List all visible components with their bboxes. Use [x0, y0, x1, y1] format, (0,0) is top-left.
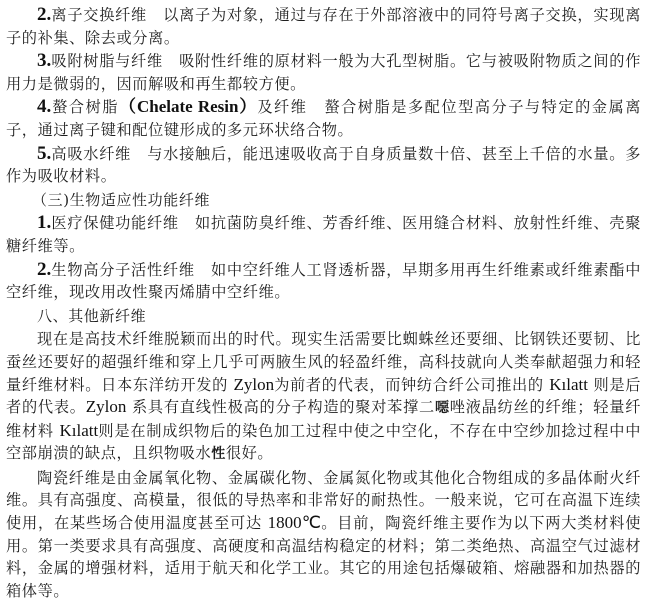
- item-number: 4.: [37, 96, 51, 117]
- item-term-suffix: 及纤维: [257, 98, 307, 116]
- item-term: 高吸水纤维: [51, 145, 131, 163]
- text-run: 为前者的代表，而钟纺合纤公司推出的: [274, 376, 549, 394]
- section-heading-bio-adaptive: （三)生物适应性功能纤维: [6, 189, 641, 212]
- text-run: 则是在制成织物后的染色加工过程中使之中空化，不存在中空纱加捻过程中中空部崩溃的缺…: [6, 422, 641, 463]
- term-zylon: Zylon: [234, 375, 275, 394]
- item-ion-exchange-fiber: 2.离子交换纤维以离子为对象，通过与存在于外部溶液中的同符号离子交换，实现离子的…: [6, 4, 641, 49]
- item-chelate-resin: 4.螯合树脂（Chelate Resin）及纤维螯合树脂是多配位型高分子与特定的…: [6, 96, 641, 141]
- term-kilatt: Kılatt: [549, 375, 588, 394]
- item-number: 5.: [37, 143, 51, 164]
- temperature-value: 1800℃: [268, 513, 322, 532]
- text-run: 系具有直线性极高的分子构造的聚对苯撑二: [126, 398, 435, 416]
- text-run: 很好。: [226, 444, 273, 462]
- item-adsorption-resin: 3.吸附树脂与纤维吸附性纤维的原材料一般为大孔型树脂。它与被吸附物质之间的作用力…: [6, 50, 641, 95]
- section-heading-other-fibers: 八、其他新纤维: [6, 305, 641, 328]
- document-page: 2.离子交换纤维以离子为对象，通过与存在于外部溶液中的同符号离子交换，实现离子的…: [0, 0, 647, 602]
- item-term: 吸附树脂与纤维: [51, 52, 163, 70]
- garbled-glyph: 性: [211, 446, 226, 462]
- item-number: 3.: [37, 50, 51, 71]
- item-term: 螯合树脂: [51, 98, 119, 116]
- item-super-absorbent-fiber: 5.高吸水纤维与水接触后，能迅速吸收高于自身质量数十倍、甚至上千倍的水量。多作为…: [6, 143, 641, 188]
- paragraph-ceramic-fibers: 陶瓷纤维是由金属氧化物、金属碳化物、金属氮化物或其他化合物组成的多晶体耐火纤维。…: [6, 467, 641, 603]
- paragraph-high-tech-fibers: 现在是高技术纤维脱颖而出的时代。现实生活需要比蜘蛛丝还要细、比钢铁还要韧、比蚕丝…: [6, 328, 641, 466]
- item-number: 2.: [37, 4, 51, 25]
- item-term: 医疗保健功能纤维: [51, 214, 179, 232]
- item-medical-fiber: 1.医疗保健功能纤维如抗菌防臭纤维、芳香纤维、医用缝合材料、放射性纤维、壳聚糖纤…: [6, 212, 641, 257]
- item-number: 1.: [37, 212, 51, 233]
- garbled-glyph: 噁: [435, 400, 450, 416]
- item-number: 2.: [37, 259, 51, 280]
- item-term-latin: （Chelate Resin）: [119, 97, 257, 116]
- item-term: 生物高分子活性纤维: [51, 261, 195, 279]
- item-term: 离子交换纤维: [51, 6, 147, 24]
- term-zylon: Zylon: [86, 397, 127, 416]
- item-biopolymer-fiber: 2.生物高分子活性纤维如中空纤维人工肾透析器，早期多用再生纤维素或纤维素酯中空纤…: [6, 259, 641, 304]
- term-kilatt: Kılatt: [60, 421, 99, 440]
